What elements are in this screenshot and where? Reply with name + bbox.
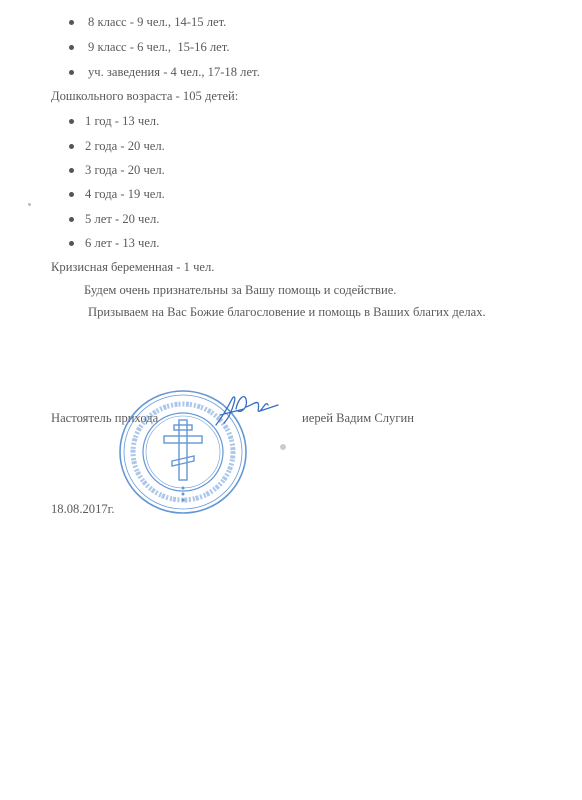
- bullet-icon: [69, 20, 74, 25]
- thanks-line: Будем очень признательны за Вашу помощь …: [84, 282, 396, 298]
- bullet-icon: [69, 144, 74, 149]
- signature-icon: [210, 389, 280, 429]
- bullet-icon: [69, 70, 74, 75]
- bullet-icon: [69, 217, 74, 222]
- list-item: 5 лет - 20 чел.: [85, 211, 159, 227]
- crisis-line: Кризисная беременная - 1 чел.: [51, 259, 214, 275]
- list-item: 3 года - 20 чел.: [85, 162, 165, 178]
- scan-speck: [28, 203, 31, 206]
- signatory-name: иерей Вадим Слугин: [302, 410, 414, 426]
- list-item: 2 года - 20 чел.: [85, 138, 165, 154]
- bullet-icon: [69, 192, 74, 197]
- bullet-icon: [69, 241, 74, 246]
- list-item: уч. заведения - 4 чел., 17-18 лет.: [88, 64, 260, 80]
- bullet-icon: [69, 119, 74, 124]
- bullet-icon: [69, 45, 74, 50]
- blessing-line: Призываем на Вас Божие благословение и п…: [88, 304, 486, 320]
- list-item: 4 года - 19 чел.: [85, 186, 165, 202]
- list-item: 8 класс - 9 чел., 14-15 лет.: [88, 14, 226, 30]
- bullet-icon: [69, 168, 74, 173]
- document-date: 18.08.2017г.: [51, 501, 115, 517]
- scan-speck: [280, 444, 286, 450]
- list-item: 1 год - 13 чел.: [85, 113, 159, 129]
- preschool-heading: Дошкольного возраста - 105 детей:: [51, 88, 238, 104]
- list-item: 6 лет - 13 чел.: [85, 235, 159, 251]
- list-item: 9 класс - 6 чел., 15-16 лет.: [88, 39, 229, 55]
